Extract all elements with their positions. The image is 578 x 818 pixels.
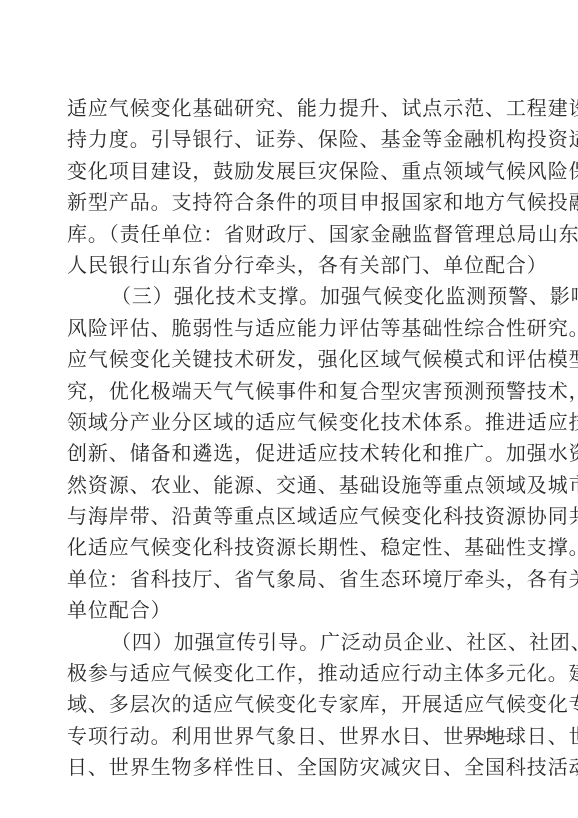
text-line: 域、多层次的适应气候变化专家库，开展适应气候变化专家帮扶 [67,689,509,720]
section-heading-line: （三）强化技术支撑。加强气候变化监测预警、影响分析和 [67,281,509,312]
text-line: 单位：省科技厅、省气象局、省生态环境厅牵头，各有关部门、 [67,564,509,595]
text-line: 化适应气候变化科技资源长期性、稳定性、基础性支撑。（责任 [67,532,509,563]
text-line: 库。（责任单位：省财政厅、国家金融监督管理总局山东监管局、 [67,219,509,250]
text-line: 单位配合） [67,595,509,626]
text-line: 极参与适应气候变化工作，推动适应行动主体多元化。建立跨领 [67,658,509,689]
text-line: 适应气候变化基础研究、能力提升、试点示范、工程建设等的支 [67,93,509,124]
text-line: 专项行动。利用世界气象日、世界水日、世界地球日、世界环境 [67,721,509,752]
page-number: —35— [464,728,509,745]
section-heading-line: （四）加强宣传引导。广泛动员企业、社区、社团、公民积 [67,627,509,658]
text-line: 人民银行山东省分行牵头，各有关部门、单位配合） [67,250,509,281]
text-line: 究，优化极端天气气候事件和复合型灾害预测预警技术，构建分 [67,376,509,407]
text-line: 日、世界生物多样性日、全国防灾减灾日、全国科技活动周、全 [67,752,509,783]
text-line: 应气候变化关键技术研发，强化区域气候模式和评估模型方法研 [67,344,509,375]
text-line: 创新、储备和遴选，促进适应技术转化和推广。加强水资源、自 [67,438,509,469]
text-line: 然资源、农业、能源、交通、基础设施等重点领域及城市、海洋 [67,470,509,501]
text-line: 风险评估、脆弱性与适应能力评估等基础性综合性研究。加强适 [67,313,509,344]
text-line: 变化项目建设，鼓励发展巨灾保险、重点领域气候风险保险等创 [67,156,509,187]
text-line: 新型产品。支持符合条件的项目申报国家和地方气候投融资项目 [67,187,509,218]
document-page: 适应气候变化基础研究、能力提升、试点示范、工程建设等的支 持力度。引导银行、证券… [0,0,578,818]
body-text: 适应气候变化基础研究、能力提升、试点示范、工程建设等的支 持力度。引导银行、证券… [67,93,509,784]
text-line: 与海岸带、沿黄等重点区域适应气候变化科技资源协同共享，强 [67,501,509,532]
text-line: 领域分产业分区域的适应气候变化技术体系。推进适应技术集成 [67,407,509,438]
text-line: 持力度。引导银行、证券、保险、基金等金融机构投资适应气候 [67,124,509,155]
